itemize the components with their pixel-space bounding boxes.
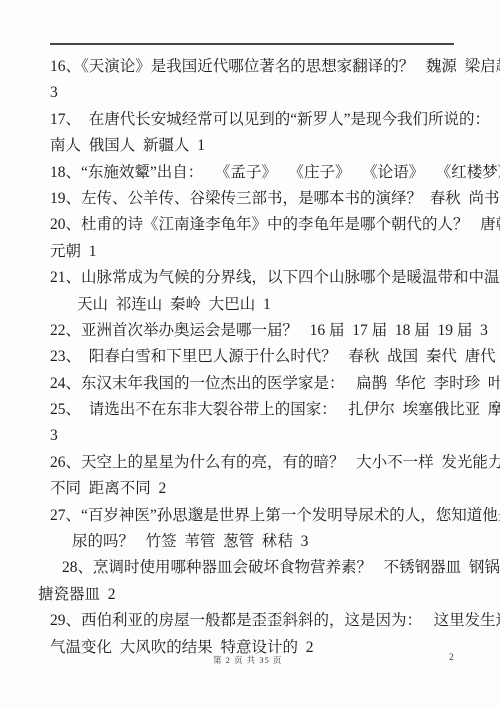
document-line: 23、 阳春白雪和下里巴人源于什么时代？ 春秋 战国 秦代 唐代 2 xyxy=(50,344,460,370)
document-line: 19、左传、公羊传、谷梁传三部书，是哪本书的演绎？ 春秋 尚书 诗经 史记 1 xyxy=(50,186,460,212)
document-line: 29、西伯利亚的房屋一般都是歪歪斜斜的，这是因为： 这里发生过地震 冬夏 xyxy=(50,608,460,634)
document-line: 20、杜甫的诗《江南逢李龟年》中的李龟年是哪个朝代的人？ 唐朝 宋朝 明朝 xyxy=(50,212,460,238)
document-line: 搪瓷器皿 2 xyxy=(38,582,460,608)
document-line: 尿的吗？ 竹签 苇管 葱管 秫秸 3 xyxy=(72,529,460,555)
document-line: 3 xyxy=(50,423,460,449)
document-line: 24、东汉末年我国的一位杰出的医学家是： 扁鹊 华佗 李时珍 叶天士 2 xyxy=(50,371,460,397)
document-line: 16、《天演论》是我国近代哪位著名的思想家翻译的？ 魏源 梁启超 严复 胡适 xyxy=(50,54,460,80)
footer-page-number: 2 xyxy=(449,653,454,663)
document-line: 元朝 1 xyxy=(50,239,460,265)
document-line: 南人 俄国人 新疆人 1 xyxy=(50,133,460,159)
document-line: 18、“东施效颦”出自： 《孟子》 《庄子》 《论语》 《红楼梦》 2 xyxy=(50,160,460,186)
document-line: 天山 祁连山 秦岭 大巴山 1 xyxy=(77,292,460,318)
document-line: 28、烹调时使用哪种器皿会破坏食物营养素？ 不锈钢器皿 钢锅 玻璃器皿 xyxy=(62,555,460,581)
header-rule xyxy=(50,43,454,45)
document-line: 22、亚洲首次举办奥运会是哪一届？ 16 届 17 届 18 届 19 届 3 xyxy=(50,318,460,344)
document-line: 3 xyxy=(50,80,460,106)
page-footer: 第 2 页 共 35 页 2 xyxy=(0,651,500,667)
document-line: 17、 在唐代长安城经常可以见到的“新罗人”是现今我们所说的： 朝鲜人 越 xyxy=(50,107,460,133)
document-line: 不同 距离不同 2 xyxy=(50,476,460,502)
document-line: 26、天空上的星星为什么有的亮，有的暗？ 大小不一样 发光能力不一样 方向 xyxy=(50,450,460,476)
document-line: 25、 请选出不在东非大裂谷带上的国家： 扎伊尔 埃塞俄比亚 摩洛哥 肯尼亚 xyxy=(50,397,460,423)
question-list: 16、《天演论》是我国近代哪位著名的思想家翻译的？ 魏源 梁启超 严复 胡适31… xyxy=(50,54,460,661)
document-page: 16、《天演论》是我国近代哪位著名的思想家翻译的？ 魏源 梁启超 严复 胡适31… xyxy=(0,0,500,708)
document-line: 27、“百岁神医”孙思邈是世界上第一个发明导尿术的人，您知道他是用什么导 xyxy=(50,503,460,529)
document-line: 21、山脉常成为气候的分界线，以下四个山脉哪个是暖温带和中温带的分界线？ xyxy=(50,265,460,291)
footer-page-info: 第 2 页 共 35 页 xyxy=(213,654,282,666)
